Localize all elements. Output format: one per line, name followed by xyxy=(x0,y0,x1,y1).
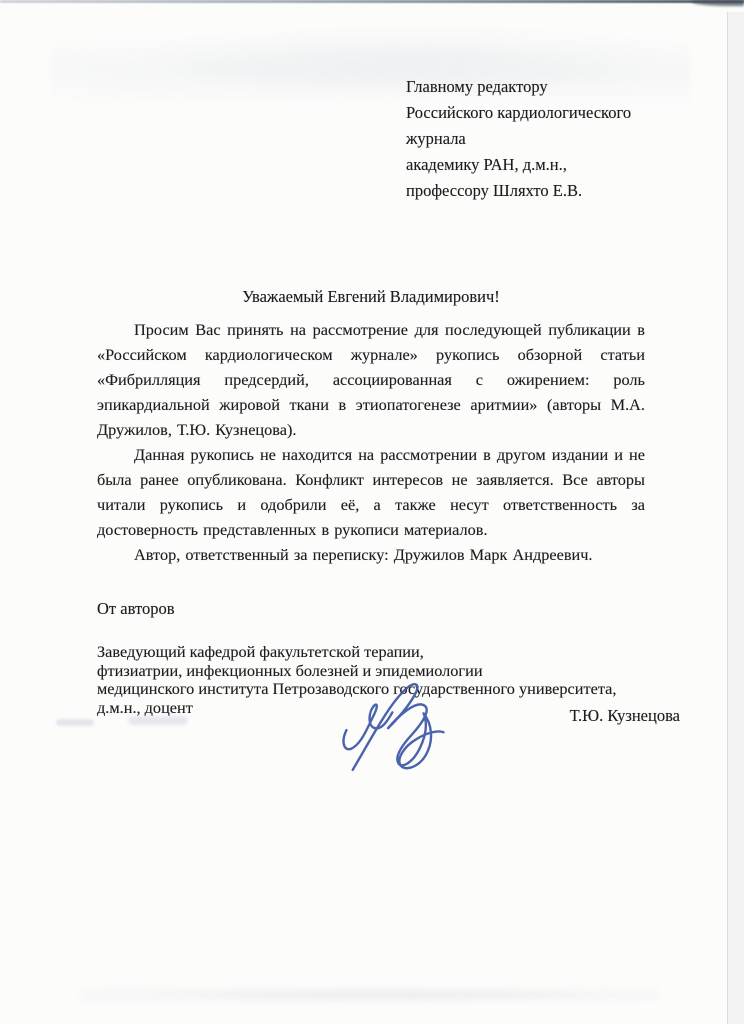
scanned-letter-page: Главному редактору Российского кардиолог… xyxy=(0,0,744,1024)
scan-page-right-edge xyxy=(727,12,744,1024)
from-authors-label: От авторов xyxy=(97,599,175,619)
recipient-line: Российского кардиологического xyxy=(406,100,631,126)
recipient-line: академику РАН, д.м.н., xyxy=(406,152,631,178)
signer-name: Т.Ю. Кузнецова xyxy=(540,706,680,726)
paragraph-declarations: Данная рукопись не находится на рассмотр… xyxy=(97,442,645,542)
handwritten-signature-icon xyxy=(336,678,456,774)
salutation: Уважаемый Евгений Владимирович! xyxy=(97,287,645,307)
recipient-line: Главному редактору xyxy=(406,74,631,100)
scan-bleedthrough-smudge xyxy=(80,982,660,1008)
recipient-block: Главному редактору Российского кардиолог… xyxy=(406,74,631,204)
scan-top-edge-line xyxy=(0,0,744,3)
recipient-line: журнала xyxy=(406,126,631,152)
paragraph-publication-request: Просим Вас принять на рассмотрение для п… xyxy=(97,317,645,442)
recipient-line: профессору Шляхто Е.В. xyxy=(406,178,631,204)
letter-body: Просим Вас принять на рассмотрение для п… xyxy=(97,317,645,567)
scan-top-corner-shadow xyxy=(692,0,744,6)
paragraph-corresponding-author: Автор, ответственный за переписку: Дружи… xyxy=(97,542,645,567)
scan-ghost-mark xyxy=(56,719,94,726)
signer-title-line: Заведующий кафедрой факультетской терапи… xyxy=(97,643,616,662)
